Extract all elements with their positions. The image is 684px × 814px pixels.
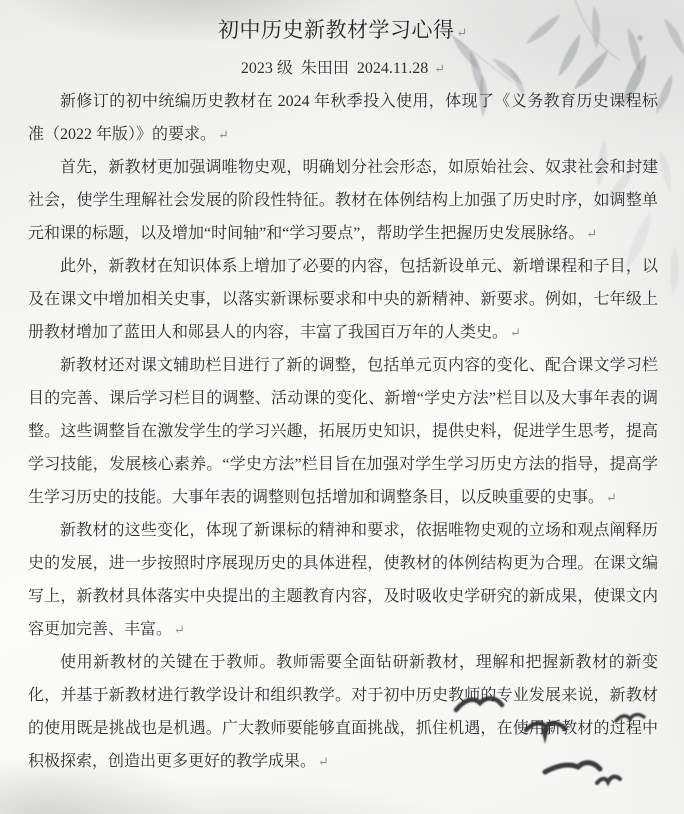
paragraph: 此外，新教材在知识体系上增加了必要的内容，包括新设单元、新增课程和子目，以及在课… [28,250,658,349]
paragraph-text: 新教材还对课文辅助栏目进行了新的调整，包括单元页内容的变化、配合课文学习栏目的完… [28,357,658,506]
title-text: 初中历史新教材学习心得 [218,18,455,42]
paragraph-mark-icon: ↵ [584,217,597,250]
paragraph: 首先，新教材更加强调唯物史观，明确划分社会形态，如原始社会、奴隶社会和封建社会，… [28,151,658,250]
paragraph-mark-icon: ↵ [172,613,185,646]
paragraph-text: 新修订的初中统编历史教材在 2024 年秋季投入使用，体现了《义务教育历史课程标… [28,93,658,143]
paragraph-text: 首先，新教材更加强调唯物史观，明确划分社会形态，如原始社会、奴隶社会和封建社会，… [28,159,658,242]
paragraph-text: 新教材的这些变化，体现了新课标的精神和要求，依据唯物史观的立场和观点阐释历史的发… [28,522,658,638]
page-title: 初中历史新教材学习心得↵ [28,13,658,50]
paragraph-text: 使用新教材的关键在于教师。教师需要全面钻研新教材，理解和把握新教材的新变化，并基… [28,654,658,770]
paragraph: 新教材的这些变化，体现了新课标的精神和要求，依据唯物史观的立场和观点阐释历史的发… [28,514,658,646]
document-page: 初中历史新教材学习心得↵ 2023 级 朱田田 2024.11.28 ↵ 新修订… [0,0,684,814]
paragraph-mark-icon: ↵ [316,745,329,778]
paragraph-mark-icon: ↵ [432,52,445,85]
paragraph-mark-icon: ↵ [508,316,521,349]
essay-text: 新修订的初中统编历史教材在 2024 年秋季投入使用，体现了《义务教育历史课程标… [28,85,658,778]
byline: 2023 级 朱田田 2024.11.28 ↵ [28,52,658,85]
paragraph-text: 此外，新教材在知识体系上增加了必要的内容，包括新设单元、新增课程和子目，以及在课… [28,258,658,341]
paragraph-mark-icon: ↵ [455,16,468,50]
paragraph: 新修订的初中统编历史教材在 2024 年秋季投入使用，体现了《义务教育历史课程标… [28,85,658,151]
paragraph: 使用新教材的关键在于教师。教师需要全面钻研新教材，理解和把握新教材的新变化，并基… [28,646,658,778]
paragraph-mark-icon: ↵ [604,481,617,514]
paragraph-mark-icon: ↵ [216,118,229,151]
document-body: 初中历史新教材学习心得↵ 2023 级 朱田田 2024.11.28 ↵ 新修订… [0,0,684,814]
byline-text: 2023 级 朱田田 2024.11.28 [241,60,432,77]
paragraph: 新教材还对课文辅助栏目进行了新的调整，包括单元页内容的变化、配合课文学习栏目的完… [28,349,658,514]
